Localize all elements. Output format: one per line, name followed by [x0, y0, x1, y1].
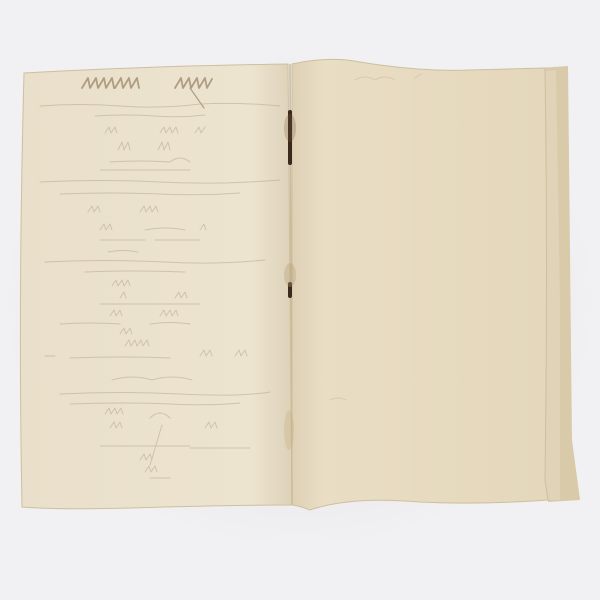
right-page [292, 59, 548, 510]
left-page [20, 64, 292, 509]
notebook-illustration [0, 0, 600, 600]
notebook-photo [0, 0, 600, 600]
